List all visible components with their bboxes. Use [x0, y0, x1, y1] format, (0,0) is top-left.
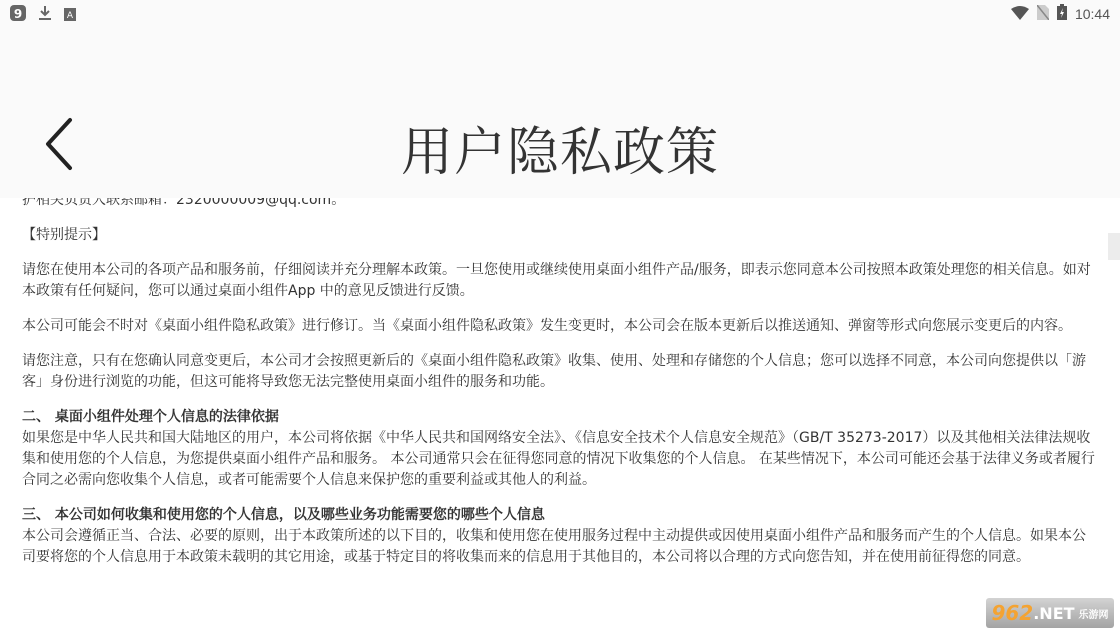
- paragraph: 本公司可能会不时对《桌面小组件隐私政策》进行修订。当《桌面小组件隐私政策》发生变…: [22, 316, 1097, 337]
- no-sim-icon: [1037, 5, 1049, 24]
- special-notice-heading: 【特别提示】: [22, 225, 1097, 246]
- section-body: 如果您是中华人民共和国大陆地区的用户，本公司将依据《中华人民共和国网络安全法》、…: [22, 428, 1097, 491]
- section-heading: 三、 本公司如何收集和使用您的个人信息，以及哪些业务功能需要您的哪些个人信息: [22, 505, 1097, 526]
- section-collection-use: 三、 本公司如何收集和使用您的个人信息，以及哪些业务功能需要您的哪些个人信息 本…: [22, 505, 1097, 568]
- watermark-sub: 乐游网: [1079, 606, 1109, 621]
- scrollbar-thumb[interactable]: [1108, 233, 1120, 260]
- font-a-icon: A: [64, 6, 76, 25]
- battery-charging-icon: [1057, 4, 1067, 24]
- clock: 10:44: [1075, 6, 1110, 22]
- status-bar-right: 10:44: [1011, 4, 1110, 24]
- download-icon: [38, 5, 52, 25]
- paragraph: 请您在使用本公司的各项产品和服务前，仔细阅读并充分理解本政策。一旦您使用或继续使…: [22, 260, 1097, 302]
- policy-content: 护相关负责人联系邮箱：2320000009@qq.com。 【特别提示】 请您在…: [22, 190, 1097, 582]
- status-bar: 9 A 10:44: [0, 0, 1120, 28]
- section-heading: 二、 桌面小组件处理个人信息的法律依据: [22, 407, 1097, 428]
- svg-text:A: A: [67, 11, 74, 21]
- svg-text:9: 9: [14, 7, 22, 21]
- app-header: 用户隐私政策: [0, 28, 1120, 198]
- status-bar-left: 9 A: [10, 5, 76, 25]
- paragraph: 请您注意，只有在您确认同意变更后，本公司才会按照更新后的《桌面小组件隐私政策》收…: [22, 351, 1097, 393]
- watermark-suffix: .NET: [1033, 604, 1074, 623]
- watermark-logo: 962 .NET 乐游网: [986, 598, 1114, 628]
- section-body: 本公司会遵循正当、合法、必要的原则，出于本政策所述的以下目的，收集和使用您在使用…: [22, 526, 1097, 568]
- wifi-icon: [1011, 5, 1029, 24]
- page-title: 用户隐私政策: [0, 110, 1120, 185]
- app-9-icon: 9: [10, 5, 26, 25]
- watermark-number: 962: [991, 601, 1033, 625]
- section-legal-basis: 二、 桌面小组件处理个人信息的法律依据 如果您是中华人民共和国大陆地区的用户，本…: [22, 407, 1097, 491]
